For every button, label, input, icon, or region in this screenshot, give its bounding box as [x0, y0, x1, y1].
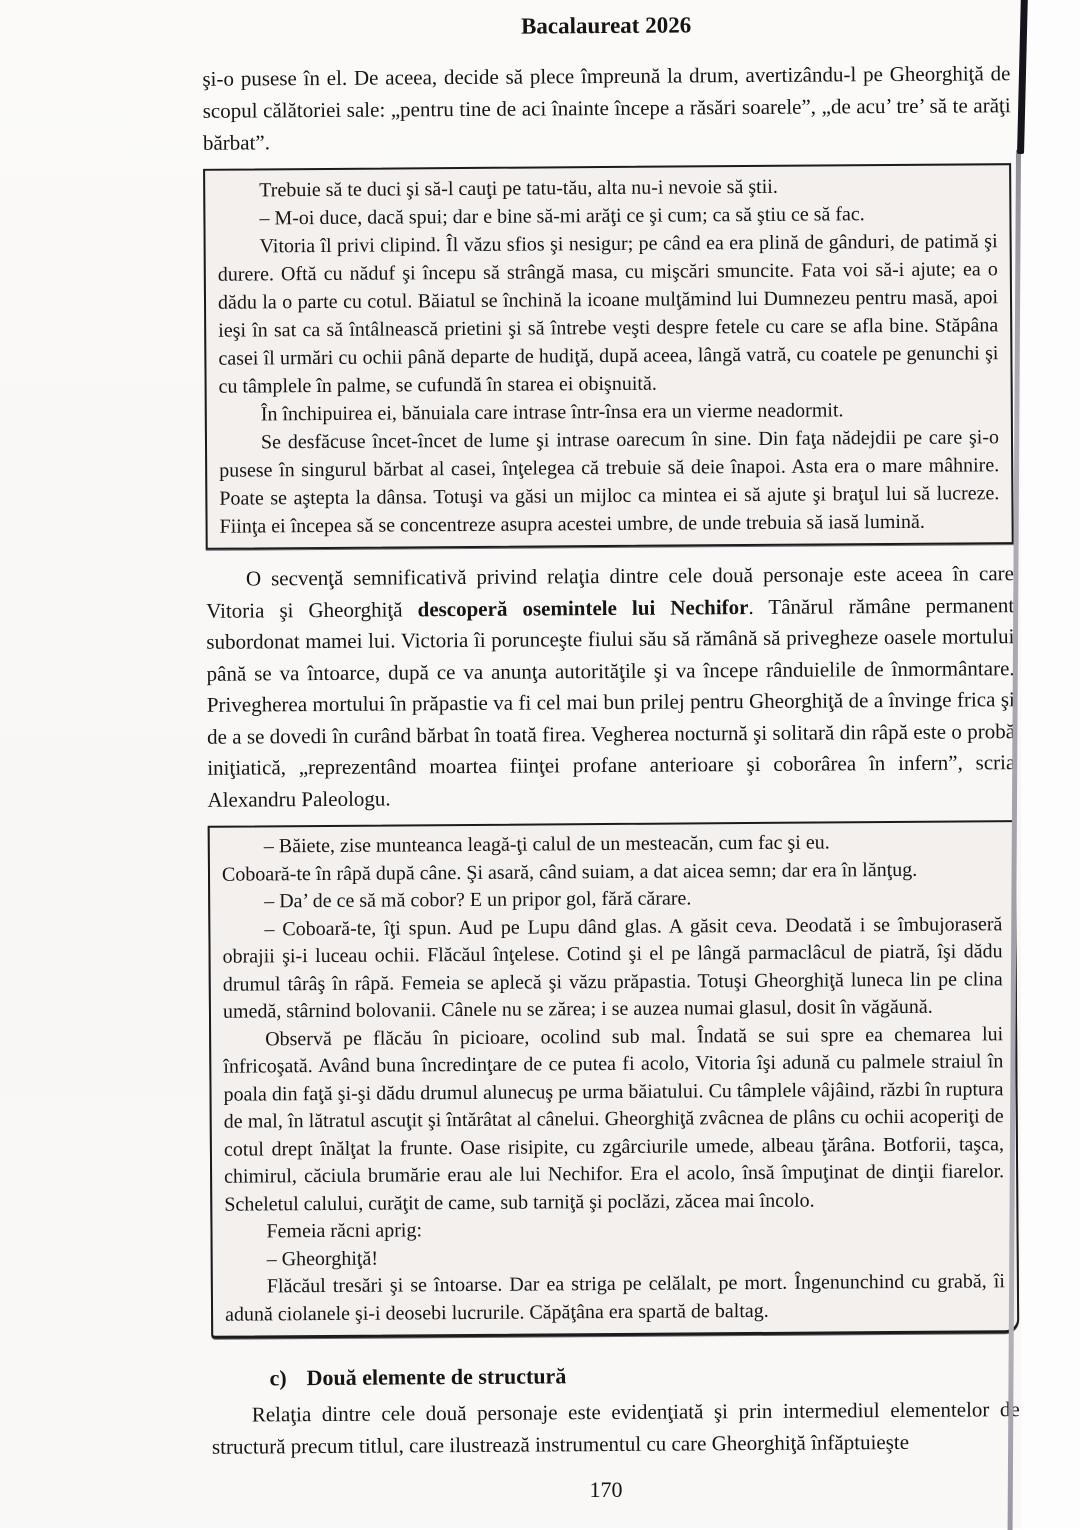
quote-box-1: Trebuie să te duci şi să-l cauţi pe tatu…: [203, 163, 1014, 550]
quote-box-2: – Băiete, zise munteanca leagă-ţi calul …: [208, 820, 1020, 1339]
scan-right-margin: [1021, 0, 1080, 1528]
quote2-paragraph-4: – Coboară-te, îţi spun. Aud pe Lupu dând…: [222, 911, 1003, 1026]
analysis-paragraph: O secvenţă semnificativă privind relaţia…: [206, 558, 1016, 816]
section-c-heading: c)Două elemente de structură: [269, 1359, 1019, 1392]
quote2-paragraph-5: Observă pe flăcău în picioare, ocolind s…: [223, 1021, 1004, 1219]
quote2-paragraph-2: Coboară-te în râpă după câne. Şi asară, …: [222, 856, 1002, 889]
quote1-paragraph-5: Se desfăcuse încet-încet de lume şi intr…: [219, 423, 1000, 540]
analysis-bold-phrase: descoperă osemintele lui Nechifor: [418, 595, 749, 621]
scanned-page: Bacalaureat 2026 şi-o pusese în el. De a…: [0, 0, 1080, 1528]
section-c-title: Două elemente de structură: [307, 1363, 567, 1390]
page-content: Bacalaureat 2026 şi-o pusese în el. De a…: [202, 9, 1020, 1463]
intro-paragraph: şi-o pusese în el. De aceea, decide să p…: [202, 57, 1011, 159]
page-header-title: Bacalaureat 2026: [202, 9, 1010, 42]
page-number: 170: [202, 1477, 1010, 1503]
section-c-paragraph: Relaţia dintre cele două personaje este …: [212, 1393, 1020, 1463]
quote2-paragraph-8: Flăcăul tresări şi se întoarse. Dar ea s…: [225, 1268, 1005, 1328]
section-c-label: c): [269, 1365, 286, 1390]
quote1-paragraph-3: Vitoria îl privi clipind. Îl văzu sfios …: [218, 227, 999, 400]
analysis-text-after: . Tânărul rămâne permanent subordonat ma…: [206, 593, 1015, 812]
